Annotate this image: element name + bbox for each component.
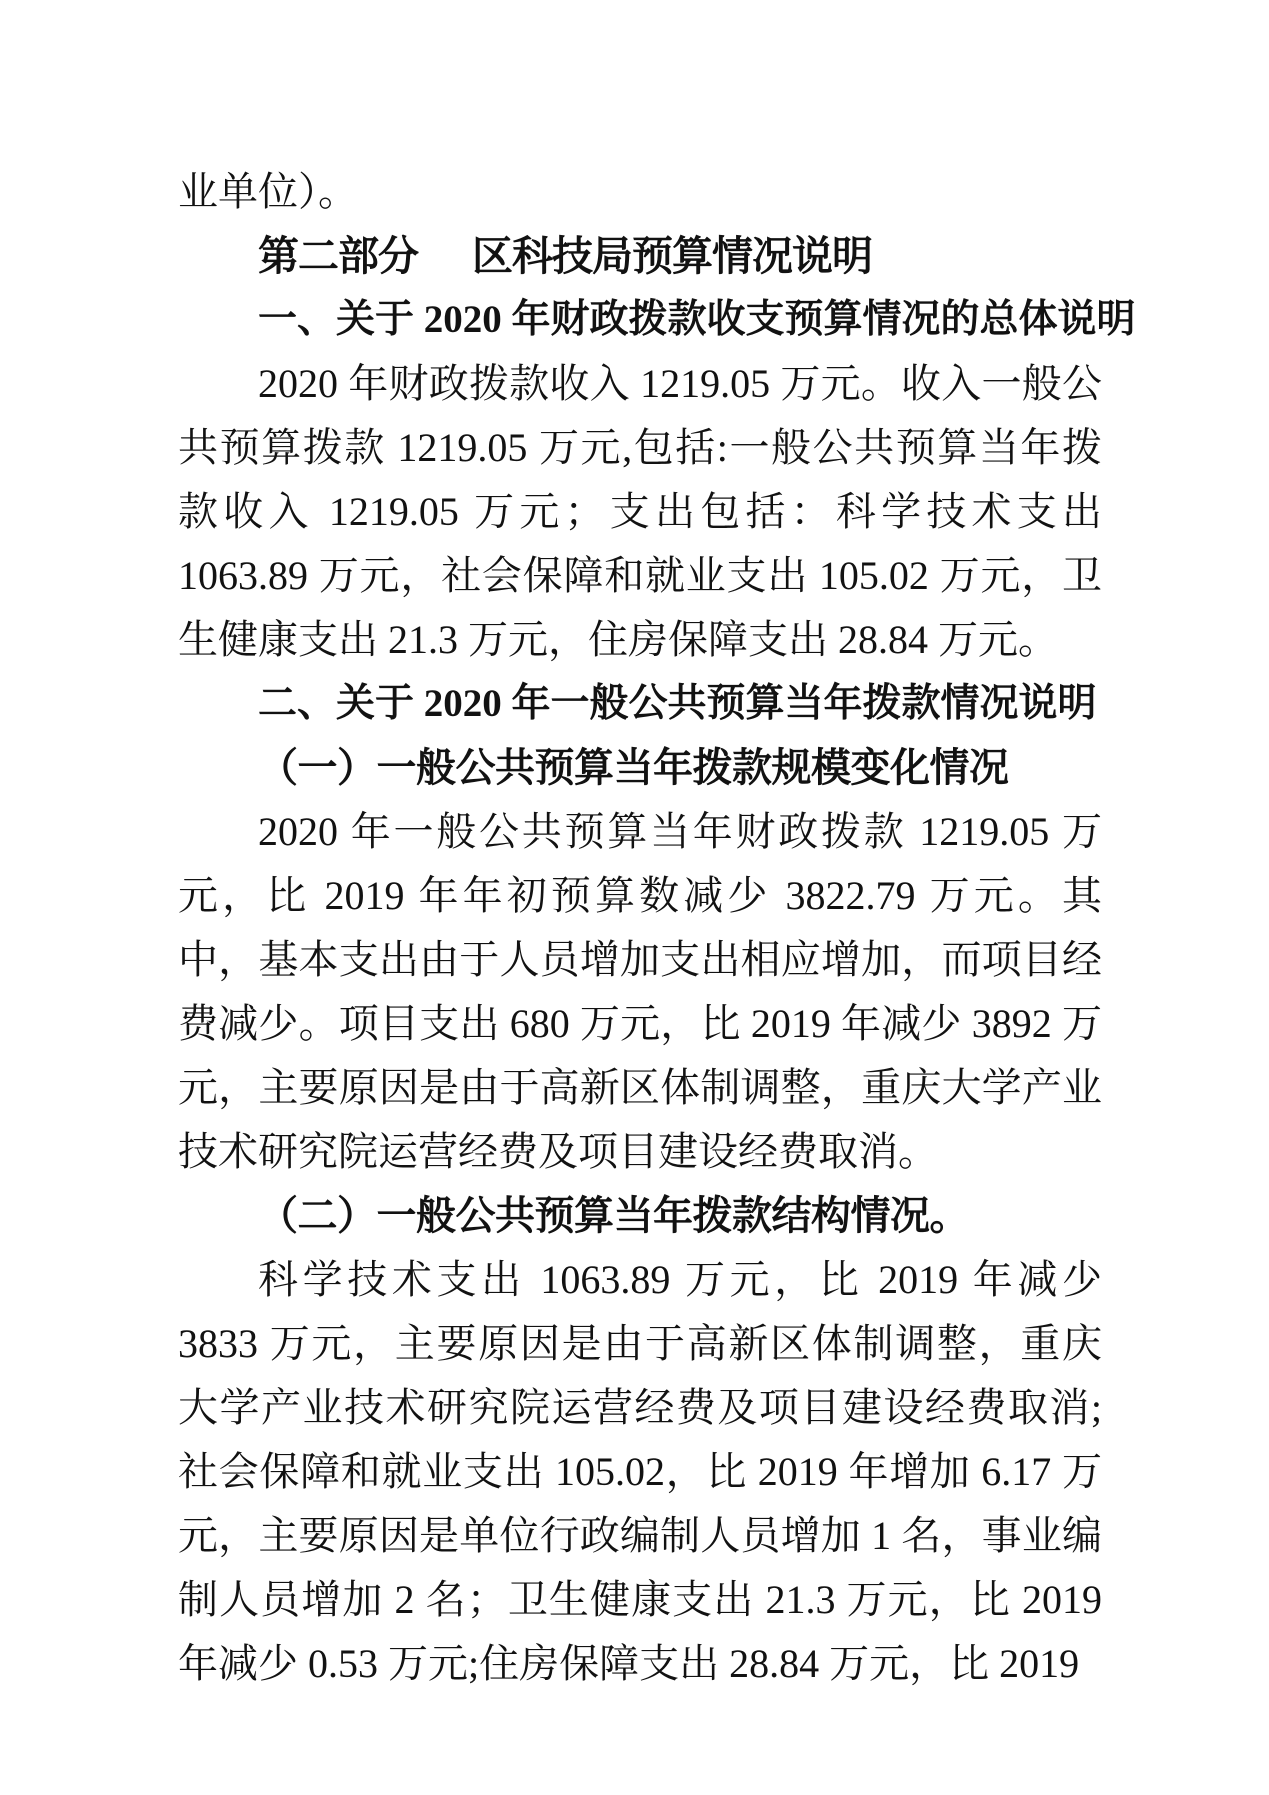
continuation-paragraph: 业单位）。 (178, 160, 1102, 224)
part-heading-title: 区科技局预算情况说明 (472, 233, 872, 279)
document-page: 业单位）。 第二部分区科技局预算情况说明 一、关于 2020 年财政拨款收支预算… (0, 0, 1269, 1795)
sub-heading-structure: （二）一般公共预算当年拨款结构情况。 (178, 1184, 1102, 1248)
paragraph-scale-change-detail: 2020 年一般公共预算当年财政拨款 1219.05 万元，比 2019 年年初… (178, 800, 1102, 1184)
paragraph-fiscal-appropriation-overview: 2020 年财政拨款收入 1219.05 万元。收入一般公共预算拨款 1219.… (178, 352, 1102, 672)
paragraph-structure-detail: 科学技术支出 1063.89 万元，比 2019 年减少 3833 万元，主要原… (178, 1248, 1102, 1696)
section-heading-overall-explanation: 一、关于 2020 年财政拨款收支预算情况的总体说明 (178, 288, 1102, 352)
document-body: 业单位）。 第二部分区科技局预算情况说明 一、关于 2020 年财政拨款收支预算… (178, 160, 1102, 1696)
sub-heading-scale-change: （一）一般公共预算当年拨款规模变化情况 (178, 736, 1102, 800)
section-heading-general-public-budget: 二、关于 2020 年一般公共预算当年拨款情况说明 (178, 672, 1102, 736)
part-heading: 第二部分区科技局预算情况说明 (178, 224, 1102, 288)
part-heading-number: 第二部分 (258, 233, 418, 279)
